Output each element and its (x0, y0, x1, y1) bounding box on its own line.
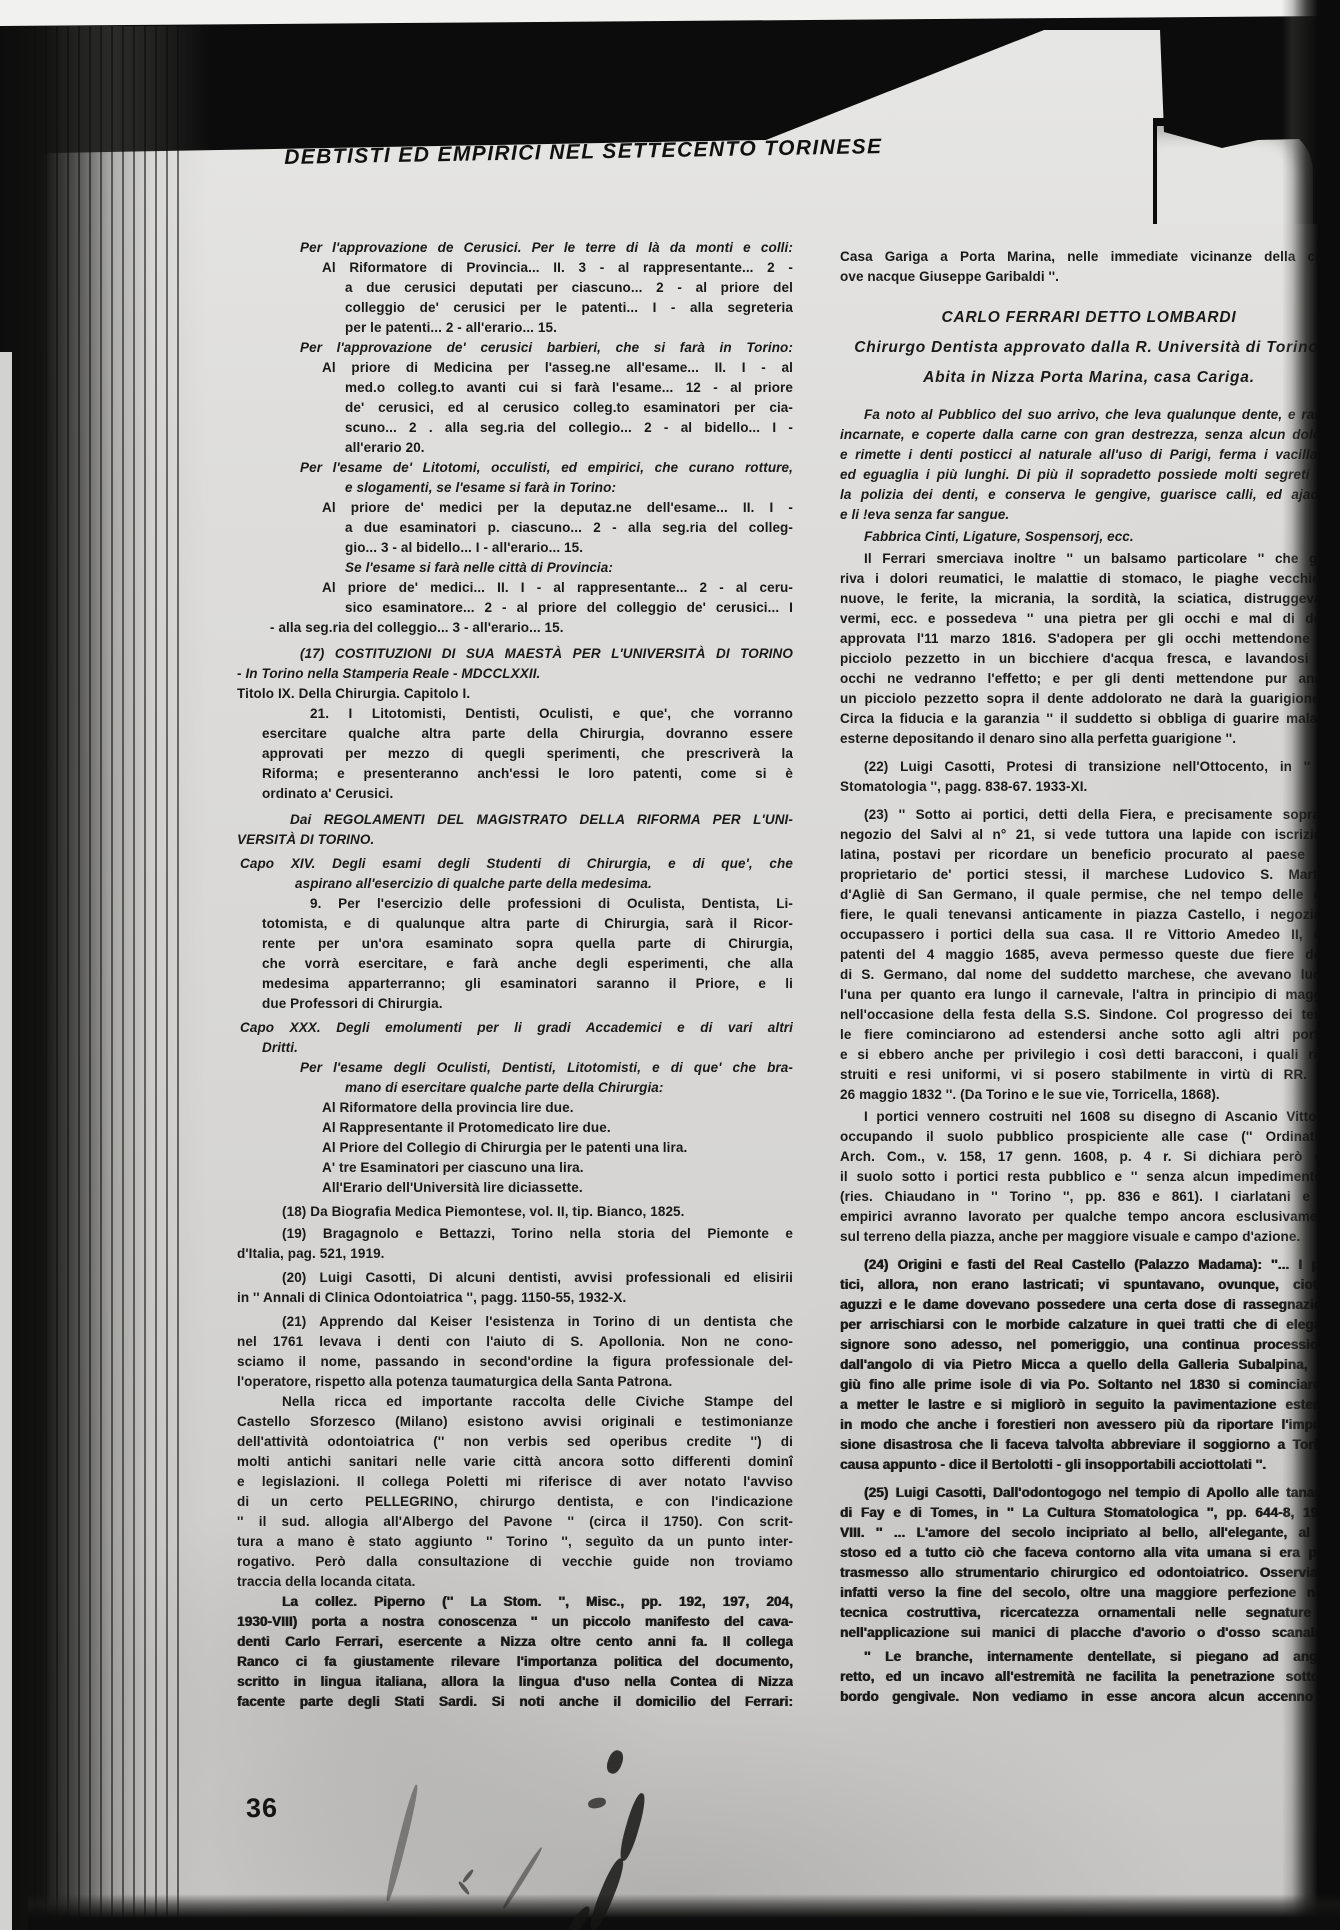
text-line: Al Riformatore di Provincia... II. 3 - a… (237, 258, 793, 278)
footnote-21-piperno: La collez. Piperno ('' La Stom. '', Misc… (237, 1592, 793, 1712)
text-line: Al Priore del Collegio di Chirurgia per … (237, 1138, 793, 1158)
text-line: bordo gengivale. Non vediamo in esse anc… (840, 1687, 1338, 1707)
text-line: patenti del 4 maggio 1685, aveva permess… (840, 945, 1338, 965)
text-line: signore sono adesso, nel pomeriggio, una… (840, 1335, 1338, 1355)
text-line: nell'applicazione sui manici di placche … (840, 1623, 1338, 1643)
capo-xxx: Capo XXX. Degli emolumenti per li gradi … (237, 1018, 793, 1058)
footnote-17: (17) COSTITUZIONI DI SUA MAESTÀ PER L'UN… (237, 644, 793, 804)
text-line: Ranco ci fa giustamente rilevare l'impor… (237, 1652, 793, 1672)
text-line: esterne depositando il denaro sino alla … (840, 729, 1338, 749)
text-line: Circa la fiducia e la garanzia '' il sud… (840, 709, 1338, 729)
fee-schedule-barbieri: Per l'approvazione de' cerusici barbieri… (237, 338, 793, 458)
text-line: (18) Da Biografia Medica Piemontese, vol… (237, 1202, 793, 1222)
text-line: riva i dolori reumatici, le malattie di … (840, 569, 1338, 589)
footnote-18: (18) Da Biografia Medica Piemontese, vol… (237, 1202, 793, 1222)
text-line: retto, ed un incavo all'estremità ne fac… (840, 1667, 1338, 1687)
text-line: tecnica costruttiva, ricercatezza orname… (840, 1603, 1338, 1623)
text-line: nel 1761 levava i denti con l'aiuto di S… (237, 1332, 793, 1352)
text-line: (23) '' Sotto ai portici, detti della Fi… (840, 805, 1338, 825)
text-line: picciolo pezzetto in un bicchiere d'acqu… (840, 649, 1338, 669)
text-line: due Professori di Chirurgia. (237, 994, 793, 1014)
text-line: 26 maggio 1832 ''. (Da Torino e le sue v… (840, 1085, 1338, 1105)
text-line: che vorrà esercitare, e farà anche degli… (237, 954, 793, 974)
text-line: di S. Germano, dal nome del suddetto mar… (840, 965, 1338, 985)
footnote-21-stampe: Nella ricca ed importante raccolta delle… (237, 1392, 793, 1592)
text-line: Fabbrica Cinti, Ligature, Sospensorj, ec… (840, 527, 1338, 547)
text-line: Al Riformatore della provincia lire due. (237, 1098, 793, 1118)
text-line: in '' Annali di Clinica Odontoiatrica ''… (237, 1288, 793, 1308)
text-line: Stomatologia '', pagg. 838-67. 1933-XI. (840, 777, 1338, 797)
text-line: per le patenti... 2 - all'erario... 15. (237, 318, 793, 338)
text-line: Fa noto al Pubblico del suo arrivo, che … (840, 405, 1338, 425)
text-line: l'operatore, rispetto alla potenza tauma… (237, 1372, 793, 1392)
text-line: molti antichi sanitari nelle varie città… (237, 1452, 793, 1472)
text-line: - In Torino nella Stamperia Reale - MDCC… (237, 664, 793, 684)
text-line: (20) Luigi Casotti, Di alcuni dentisti, … (237, 1268, 793, 1288)
column-left: Per l'approvazione de Cerusici. Per le t… (237, 238, 793, 1712)
text-line: latina, postavi per ricordare un benefic… (840, 845, 1338, 865)
text-line: A' tre Esaminatori per ciascuno una lira… (237, 1158, 793, 1178)
text-line: ordinato a' Cerusici. (237, 784, 793, 804)
scan-right-edge (1282, 0, 1340, 1930)
text-line: Al priore de' medici... II. I - al rappr… (237, 578, 793, 598)
text-line: stoso ed a tutto ciò che faceva contorno… (840, 1543, 1338, 1563)
text-line: a due esaminatori p. ciascuno... 2 - all… (237, 518, 793, 538)
footnote-20: (20) Luigi Casotti, Di alcuni dentisti, … (237, 1268, 793, 1308)
text-line: vermi, ecc. e possedeva '' una pietra pe… (840, 609, 1338, 629)
balsamo: Il Ferrari smerciava inoltre '' un balsa… (840, 549, 1338, 749)
footnote-19: (19) Bragagnolo e Bettazzi, Torino nella… (237, 1224, 793, 1264)
text-line: e rimette i denti posticci al naturale a… (840, 445, 1338, 465)
text-line: e legislazioni. Il collega Poletti mi ri… (237, 1472, 793, 1492)
text-line: medesima apparterranno; gli esaminatori … (237, 974, 793, 994)
column-right: Casa Gariga a Porta Marina, nelle immedi… (840, 247, 1338, 1707)
text-line: struiti e resi uniformi, vi si posero st… (840, 1065, 1338, 1085)
text-line: (24) Origini e fasti del Real Castello (… (840, 1255, 1338, 1275)
text-line: Capo XIV. Degli esami degli Studenti di … (237, 854, 793, 874)
text-line: negozio del Salvi al n° 21, si vede tutt… (840, 825, 1338, 845)
text-line: sione disastrosa che li faceva talvolta … (840, 1435, 1338, 1455)
text-line: (25) Luigi Casotti, Dall'odontogogo nel … (840, 1483, 1338, 1503)
text-line: '' il sud. allogia all'Albergo del Pavon… (237, 1512, 793, 1532)
text-line: (19) Bragagnolo e Bettazzi, Torino nella… (237, 1224, 793, 1244)
text-line: occupando il suolo pubblico prospiciente… (840, 1127, 1338, 1147)
text-line: (ries. Chiaudano in '' Torino '', pp. 83… (840, 1187, 1338, 1207)
ink-smudge (587, 1796, 607, 1810)
text-line: - alla seg.ria del colleggio... 3 - all'… (237, 618, 793, 638)
ink-smudge (384, 1784, 421, 1902)
text-line: colleggio de' cerusici per le patenti...… (237, 298, 793, 318)
text-line: un picciolo pezzetto sopra il dente addo… (840, 689, 1338, 709)
text-line: sul terreno della piazza, anche per magg… (840, 1227, 1338, 1247)
text-line: Per l'approvazione de Cerusici. Per le t… (237, 238, 793, 258)
scan-bottom-edge (28, 1894, 1340, 1930)
ink-smudge (461, 1868, 474, 1883)
fee-schedule-litotomi: Per l'esame de' Litotomi, occulisti, ed … (237, 458, 793, 558)
text-line: de' cerusici, ed al cerusico colleg.to e… (237, 398, 793, 418)
footnote-25: (25) Luigi Casotti, Dall'odontogogo nel … (840, 1483, 1338, 1643)
text-line: Castello Sforzesco (Milano) esistono avv… (237, 1412, 793, 1432)
footnote-22: (22) Luigi Casotti, Protesi di transizio… (840, 757, 1338, 797)
ink-smudge (604, 1748, 625, 1775)
text-line: facente parte degli Stati Sardi. Si noti… (237, 1692, 793, 1712)
text-line: a metter le lastre e si migliorò in segu… (840, 1395, 1338, 1415)
text-line: med.o colleg.to avanti cui si farà l'esa… (237, 378, 793, 398)
text-line: tura a mano è stato aggiunto '' Torino '… (237, 1532, 793, 1552)
text-line: '' Le branche, internamente dentellate, … (840, 1647, 1338, 1667)
text-line: e slogamenti, se l'esame si farà in Tori… (237, 478, 793, 498)
text-line: ove nacque Giuseppe Garibaldi ''. (840, 267, 1338, 287)
ink-smudge (617, 1792, 649, 1863)
text-line: I portici vennero costruiti nel 1608 su … (840, 1107, 1338, 1127)
text-line: trasmesso allo strumentario chirurgico e… (840, 1563, 1338, 1583)
text-line: e li !eva senza far sangue. (840, 505, 1338, 525)
text-line: Per l'esame degli Oculisti, Dentisti, Li… (237, 1058, 793, 1078)
text-line: sico esaminatore... 2 - al priore del co… (237, 598, 793, 618)
text-line: (21) Apprendo dal Keiser l'esistenza in … (237, 1312, 793, 1332)
text-line: La collez. Piperno ('' La Stom. '', Misc… (237, 1592, 793, 1612)
text-line: per arrischiarsi con le morbide calzatur… (840, 1315, 1338, 1335)
text-line: Arch. Com., v. 158, 17 genn. 1608, p. 4 … (840, 1147, 1338, 1167)
text-line: (22) Luigi Casotti, Protesi di transizio… (840, 757, 1338, 777)
text-line: approvata l'11 marzo 1816. S'adopera per… (840, 629, 1338, 649)
text-line: 1930-VIII) porta a nostra conoscenza '' … (237, 1612, 793, 1632)
text-line: CARLO FERRARI DETTO LOMBARDI (840, 303, 1338, 333)
footnote-24: (24) Origini e fasti del Real Castello (… (840, 1255, 1338, 1475)
text-line: Per l'esame de' Litotomi, occulisti, ed … (237, 458, 793, 478)
casa-gariga: Casa Gariga a Porta Marina, nelle immedi… (840, 247, 1338, 287)
text-line: giù fino alle prime isole di via Po. Sol… (840, 1375, 1338, 1395)
text-line: scuno... 2 . alla seg.ria del collegio..… (237, 418, 793, 438)
text-line: sciamo il nome, passando in second'ordin… (237, 1352, 793, 1372)
text-line: all'erario 20. (237, 438, 793, 458)
text-line: l'una per quanto era lungo il carnevale,… (840, 985, 1338, 1005)
text-line: VIII. '' ... L'amore del secolo incipria… (840, 1523, 1338, 1543)
text-line: nuove, le ferite, la micrania, la sordit… (840, 589, 1338, 609)
page-number: 36 (246, 1793, 279, 1825)
text-line: All'Erario dell'Università lire diciasse… (237, 1178, 793, 1198)
text-line: fiere, le quali tenevansi anticamente in… (840, 905, 1338, 925)
avviso-ferrari: Fa noto al Pubblico del suo arrivo, che … (840, 405, 1338, 525)
text-line: 9. Per l'esercizio delle professioni di … (237, 894, 793, 914)
text-line: tici, allora, non erano lastricati; vi s… (840, 1275, 1338, 1295)
text-line: in modo che anche i forestieri non avess… (840, 1415, 1338, 1435)
text-line: rogativo. Però dalla consultazione di ve… (237, 1552, 793, 1572)
text-line: aspirano all'esercizio di qualche parte … (237, 874, 793, 894)
text-line: d'Italia, pag. 521, 1919. (237, 1244, 793, 1264)
text-line: Dai REGOLAMENTI DEL MAGISTRATO DELLA RIF… (237, 810, 793, 830)
text-line: scritto in lingua italiana, allora la li… (237, 1672, 793, 1692)
text-line: mano di esercitare qualche parte della C… (237, 1078, 793, 1098)
footnote-23-portici: I portici vennero costruiti nel 1608 su … (840, 1107, 1338, 1247)
text-line: aguzzi e le dame dovevano possedere una … (840, 1295, 1338, 1315)
fee-schedule-cerusici: Per l'approvazione de Cerusici. Per le t… (237, 238, 793, 338)
text-line: rente per un'ora esaminato sopra quella … (237, 934, 793, 954)
book-binding-gutter (0, 26, 210, 1930)
footnote-25-branche: '' Le branche, internamente dentellate, … (840, 1647, 1338, 1707)
text-line: Chirurgo Dentista approvato dalla R. Uni… (840, 333, 1338, 363)
text-line: traccia della locanda citata. (237, 1572, 793, 1592)
text-line: Al Rappresentante il Protomedicato lire … (237, 1118, 793, 1138)
text-line: il suolo sotto i portici resta pubblico … (840, 1167, 1338, 1187)
text-line: totomista, e di qualunque altra parte di… (237, 914, 793, 934)
capo-xiv: Capo XIV. Degli esami degli Studenti di … (237, 854, 793, 1014)
text-line: approvati per mezzo di quegli sperimenti… (237, 744, 793, 764)
text-line: Dritti. (237, 1038, 793, 1058)
text-line: di un certo PELLEGRINO, chirurgo dentist… (237, 1492, 793, 1512)
text-line: empirici avranno lavorato per qualche te… (840, 1207, 1338, 1227)
text-line: Se l'esame si farà nelle città di Provin… (237, 558, 793, 578)
text-line: proprietario de' portici stessi, il marc… (840, 865, 1338, 885)
text-line: gio... 3 - al bidello... I - all'erario.… (237, 538, 793, 558)
text-line: Nella ricca ed importante raccolta delle… (237, 1392, 793, 1412)
text-line: e si ebbero anche per privilegio i così … (840, 1045, 1338, 1065)
text-line: Riforma; e presenteranno anch'essi le lo… (237, 764, 793, 784)
text-line: Per l'approvazione de' cerusici barbieri… (237, 338, 793, 358)
footnote-23: (23) '' Sotto ai portici, detti della Fi… (840, 805, 1338, 1105)
text-line: d'Agliè di San Germano, il quale permise… (840, 885, 1338, 905)
text-line: la polizia dei denti, e conserva le geng… (840, 485, 1338, 505)
text-line: a due cerusici deputati per ciascuno... … (237, 278, 793, 298)
text-line: Titolo IX. Della Chirurgia. Capitolo I. (237, 684, 793, 704)
text-line: infatti verso la fine del secolo, oltre … (840, 1583, 1338, 1603)
text-line: di Fay e di Tomes, in '' La Cultura Stom… (840, 1503, 1338, 1523)
scanned-book-page: DEBTISTI ED EMPIRICI NEL SETTECENTO TORI… (0, 0, 1340, 1930)
text-line: dall'angolo di via Pietro Micca a quello… (840, 1355, 1338, 1375)
fabbrica-cinti: Fabbrica Cinti, Ligature, Sospensorj, ec… (840, 527, 1338, 547)
text-line: esercitare qualche altra parte della Chi… (237, 724, 793, 744)
text-line: Al priore de' medici per la deputaz.ne d… (237, 498, 793, 518)
text-line: causa appunto - dice il Bertolotti - gli… (840, 1455, 1338, 1475)
text-line: occupassero i portici della sua casa. Il… (840, 925, 1338, 945)
text-line: Casa Gariga a Porta Marina, nelle immedi… (840, 247, 1338, 267)
text-line: Abita in Nizza Porta Marina, casa Cariga… (840, 363, 1338, 393)
text-line: denti Carlo Ferrari, esercente a Nizza o… (237, 1632, 793, 1652)
text-line: Capo XXX. Degli emolumenti per li gradi … (237, 1018, 793, 1038)
text-line: Il Ferrari smerciava inoltre '' un balsa… (840, 549, 1338, 569)
text-line: VERSITÀ DI TORINO. (237, 830, 793, 850)
text-line: nell'occasione della festa della S.S. Si… (840, 1005, 1338, 1025)
esame-emolumenti: Per l'esame degli Oculisti, Dentisti, Li… (237, 1058, 793, 1198)
text-line: occhi ne vedranno l'effetto; e per gli d… (840, 669, 1338, 689)
ferrari-heading: CARLO FERRARI DETTO LOMBARDIChirurgo Den… (840, 303, 1338, 393)
fee-schedule-provincia: Se l'esame si farà nelle città di Provin… (237, 558, 793, 638)
scan-left-margin (0, 352, 12, 1930)
text-line: ed eguaglia i più lunghi. Di più il sopr… (840, 465, 1338, 485)
text-line: incarnate, e coperte dalla carne con gra… (840, 425, 1338, 445)
text-line: le fiere cominciarono ad estendersi anch… (840, 1025, 1338, 1045)
text-line: (17) COSTITUZIONI DI SUA MAESTÀ PER L'UN… (237, 644, 793, 664)
regolamenti-heading: Dai REGOLAMENTI DEL MAGISTRATO DELLA RIF… (237, 810, 793, 850)
text-line: Al priore di Medicina per l'asseg.ne all… (237, 358, 793, 378)
footnote-21: (21) Apprendo dal Keiser l'esistenza in … (237, 1312, 793, 1392)
text-line: dell'attività odontoiatrica ('' non verb… (237, 1432, 793, 1452)
text-line: 21. I Litotomisti, Dentisti, Oculisti, e… (237, 704, 793, 724)
